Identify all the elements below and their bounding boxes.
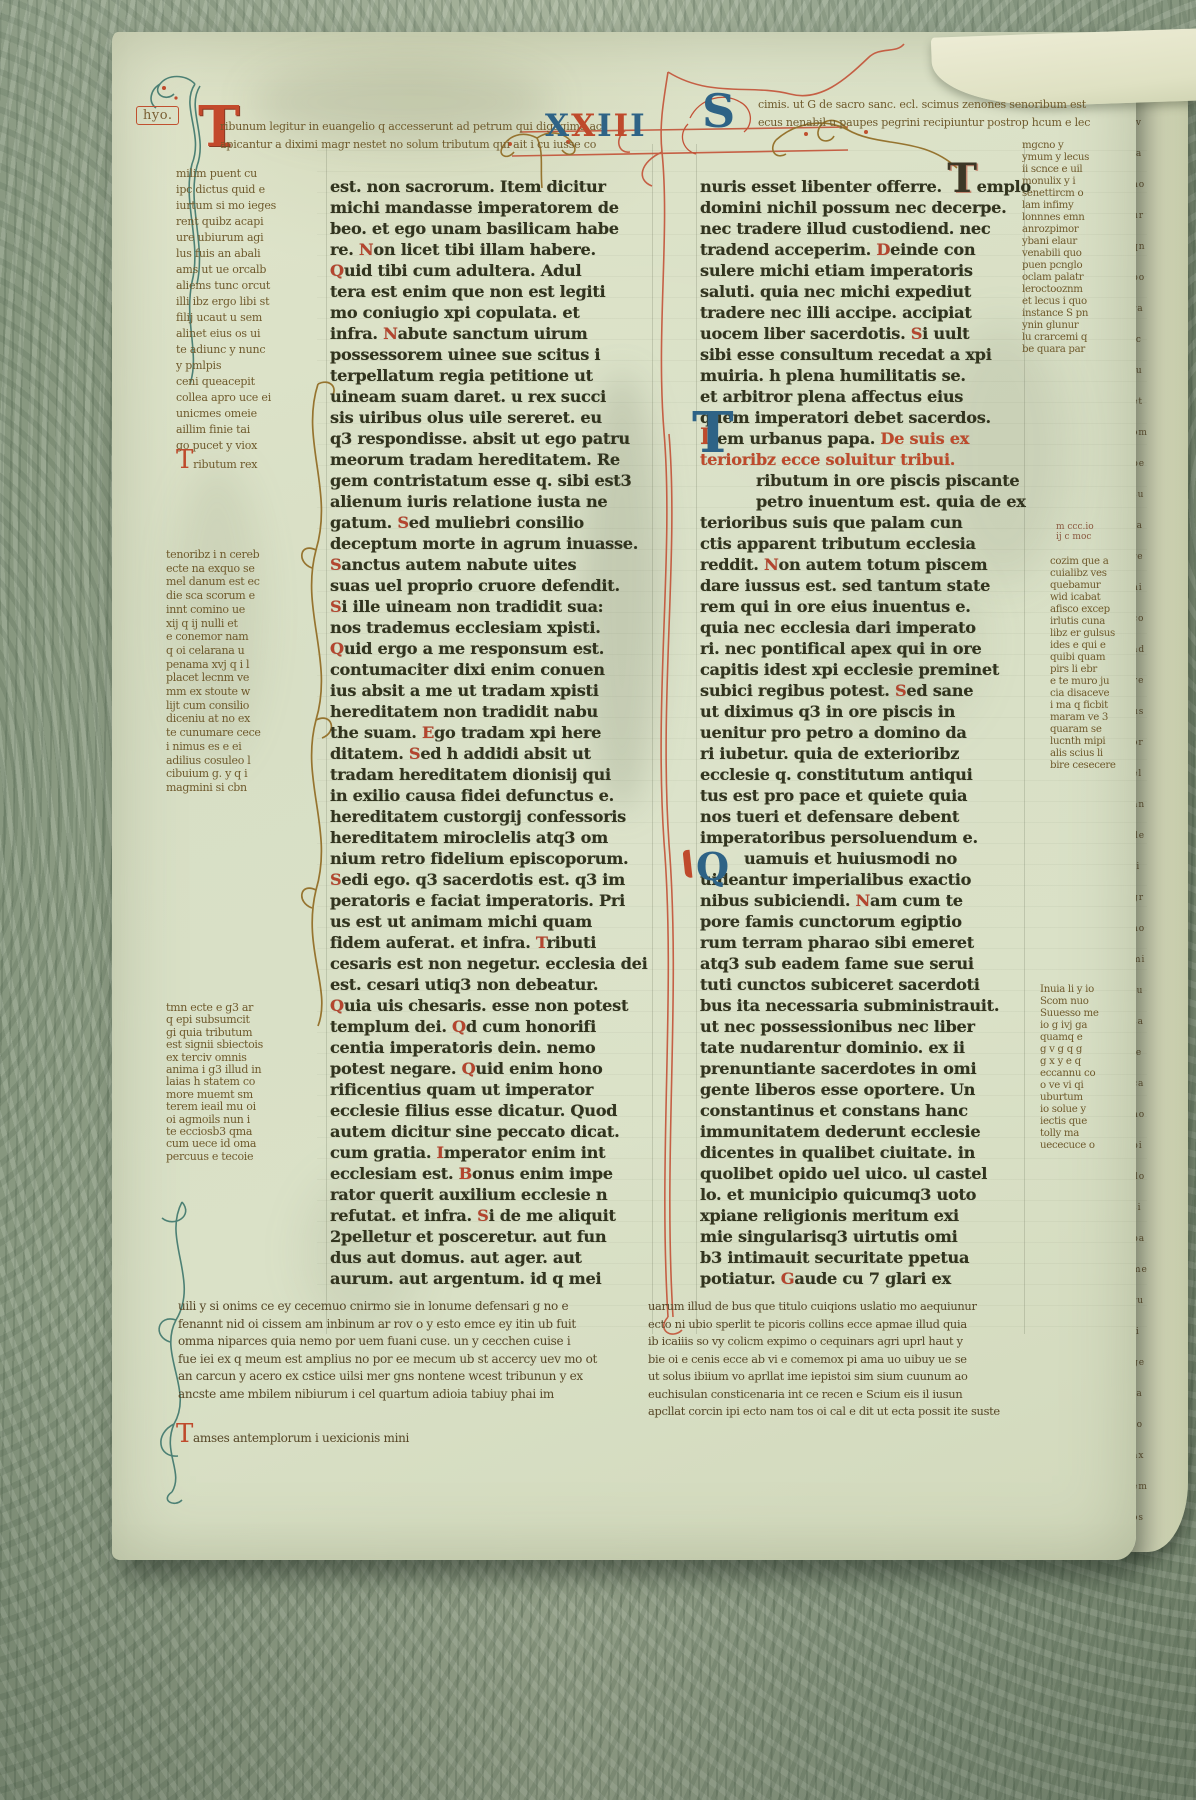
margin-gloss-left-middle: tenoribz i n cerebecte na exquo semel da… (166, 548, 296, 795)
margin-gloss-right-upper: mgcno yymum y lecusii scnce e uilmonulix… (1022, 140, 1126, 356)
margin-note-header: m ccc.ioij c moc (1056, 522, 1094, 542)
text-column-one: est. non sacrorum. Item diciturmichi man… (330, 176, 652, 1289)
margin-gloss-left-upper: milim puent cuipc dictus quid eiurtum si… (176, 166, 316, 473)
bottom-gloss-left: uili y si onims ce ey cecemuo cnirmo sie… (178, 1298, 648, 1403)
bottom-gloss-right: uarum illud de bus que titulo cuiqions u… (648, 1298, 1032, 1421)
manuscript-photo: uvmoivlahourqnporaicluetompesutarenicoad… (0, 0, 1196, 1800)
initial-quamuis-illuminated: Q (696, 844, 729, 889)
margin-gloss-left-lower: tmn ecte e g3 arq epi subsumcitgi quia t… (166, 1002, 302, 1163)
text-column-two: nuris esset libenter offerre. Templodomi… (700, 170, 1026, 1289)
folio-number: XXIII (545, 108, 647, 144)
margin-gloss-right-middle: cozim que acuialibz vesquebamurwid icaba… (1050, 556, 1136, 772)
gloss-attribution-box: hyo. (136, 106, 179, 125)
manuscript-page: hyo. T ribunum legitur in euangelio q ac… (112, 32, 1136, 1560)
margin-gloss-right-lower: Inuia li y ioScom nuoSuuesso meio g ivj … (1040, 984, 1134, 1152)
initial-scimus-illuminated: S (702, 84, 735, 138)
bottom-gloss-colophon: Tamses antemplorum i uexicionis mini (176, 1428, 409, 1448)
initial-tributum-illuminated: T (692, 400, 734, 466)
top-gloss-right: cimis. ut G de sacro sanc. ecl. scimus z… (758, 96, 1090, 132)
